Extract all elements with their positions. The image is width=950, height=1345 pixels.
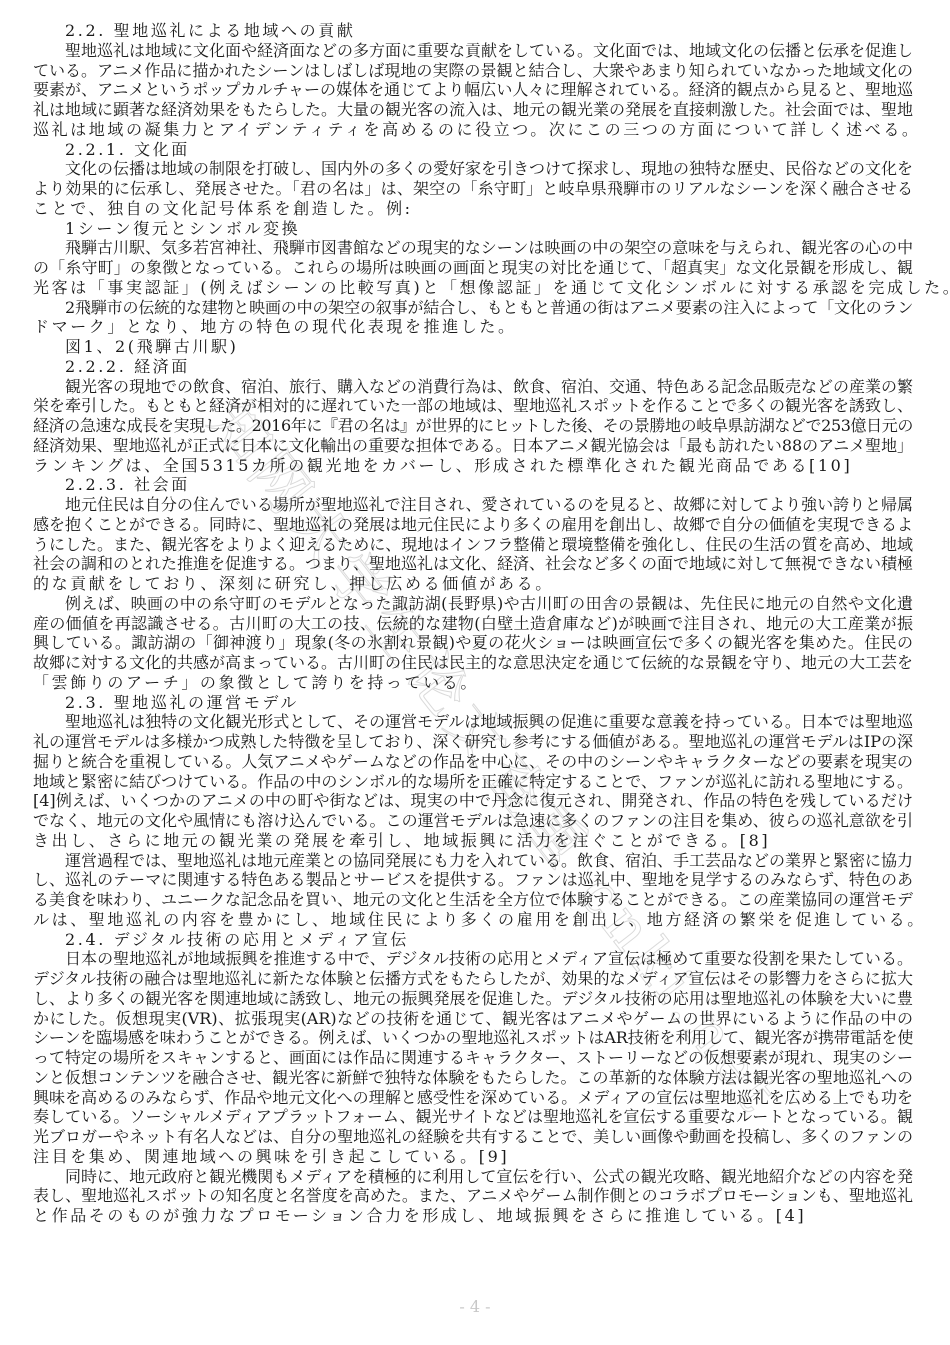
- section-heading: 2.4. デジタル技術の応用とメディア宣伝: [33, 930, 913, 950]
- text-line: 巡礼は地域の凝集力とアイデンティティを高めるのに役立つ。次にこの三つの方面につい…: [33, 120, 913, 140]
- text-line: 聖地巡礼は独特の文化観光形式として、その運営モデルは地域振興の促進に重要な意義を…: [33, 712, 913, 732]
- text-line: 的な貢献をしており、深刻に研究し、押し広める価値がある。: [33, 574, 913, 594]
- text-line: って特定の場所をスキャンすると、画面には作品に関連するキャラクター、ストーリーな…: [33, 1048, 913, 1068]
- text-line: 掘りと統合を重視している。人気アニメやゲームなどの作品を中心に、その中のシーンや…: [33, 752, 913, 772]
- text-line: 経済の急速な成長を実現した。2016年に『君の名は』が世界的にヒットした後、その…: [33, 416, 913, 436]
- heading-text: 2.3. 聖地巡礼の運営モデル: [33, 693, 913, 713]
- text-line: ンと仮想コンテンツを融合させ、観光客に新鮮で独特な体験をもたらした。この革新的な…: [33, 1068, 913, 1088]
- text-line: 運営過程では、聖地巡礼は地元産業との協同発展にも力を入れている。飲食、宿泊、手工…: [33, 851, 913, 871]
- heading-text: 2.2. 聖地巡礼による地域への貢献: [33, 21, 913, 41]
- text-line: 礼は地域に顕著な経済効果をもたらした。大量の観光客の流入は、地元の観光業の発展を…: [33, 100, 913, 120]
- document-body: 2.2. 聖地巡礼による地域への貢献聖地巡礼は地域に文化面や経済面などの多方面に…: [33, 21, 913, 1226]
- paragraph: 例えば、映画の中の糸守町のモデルとなった諏訪湖(長野県)や古川町の田舎の景観は、…: [33, 594, 913, 693]
- text-line: 注目を集め、関連地域への興味を引き起こしている。[9]: [33, 1147, 913, 1167]
- heading-text: 1シーン復元とシンボル変換: [33, 219, 913, 239]
- text-line: 故郷に対する文化的共感が高まっている。古川町の住民は民主的な意思決定を通じて伝統…: [33, 653, 913, 673]
- paragraph: 同時に、地元政府と観光機関もメディアを積極的に利用して宣伝を行い、公式の観光攻略…: [33, 1167, 913, 1226]
- paragraph: 聖地巡礼は独特の文化観光形式として、その運営モデルは地域振興の促進に重要な意義を…: [33, 712, 913, 850]
- heading-text: 2.4. デジタル技術の応用とメディア宣伝: [33, 930, 913, 950]
- paragraph: 地元住民は自分の住んでいる場所が聖地巡礼で注目され、愛されているのを見ると、故郷…: [33, 495, 913, 594]
- text-line: 「雲飾りのアーチ」の象徴として誇りを持っている。: [33, 673, 913, 693]
- text-line: ルは、聖地巡礼の内容を豊かにし、地域住民により多くの雇用を創出し、地方経済の繁栄…: [33, 910, 913, 930]
- text-line: ている。アニメ作品に描かれたシーンはしばしば現地の実際の景観と結合し、大衆やあま…: [33, 61, 913, 81]
- text-line: デジタル技術の融合は聖地巡礼に新たな体験と伝播方式をもたらしたが、効果的なメディ…: [33, 969, 913, 989]
- text-line: うにした。また、観光客をよりよく迎えるために、現地はインフラ整備と環境整備を強化…: [33, 535, 913, 555]
- section-heading: 2.2.2. 経済面: [33, 357, 913, 377]
- text-line: 表し、聖地巡礼スポットの知名度と名誉度を高めた。また、アニメやゲーム制作側とのコ…: [33, 1186, 913, 1206]
- section-heading: 図1、2(飛騨古川駅): [33, 337, 913, 357]
- text-line: 感を抱くことができる。同時に、聖地巡礼の発展は地元住民により多くの雇用を創出し、…: [33, 515, 913, 535]
- section-heading: 1シーン復元とシンボル変換: [33, 219, 913, 239]
- text-line: し、より多くの観光客を関連地域に誘致し、地元の振興発展を促進した。デジタル技術の…: [33, 989, 913, 1009]
- text-line: る美食を味わり、ユニークな記念品を買い、地元の文化と生活を全方位で体験することが…: [33, 890, 913, 910]
- paragraph: 文化の伝播は地域の制限を打破し、国内外の多くの愛好家を引きつけて探求し、現地の独…: [33, 159, 913, 218]
- text-line: 要素が、アニメというポップカルチャーの媒体を通じてより幅広い人々に理解されている…: [33, 80, 913, 100]
- paragraph: 観光客の現地での飲食、宿泊、旅行、購入などの消費行為は、飲食、宿泊、交通、特色あ…: [33, 377, 913, 476]
- text-line: 地域と緊密に結びつけている。作品の中のシンボル的な場所を正確に特定することで、フ…: [33, 772, 913, 792]
- text-line: 光ブロガーやネット有名人などは、自分の聖地巡礼の経験を共有することで、美しい画像…: [33, 1127, 913, 1147]
- paragraph: 2飛騨市の伝統的な建物と映画の中の架空の叙事が結合し、もともと普通の街はアニメ要…: [33, 298, 913, 338]
- text-line: 2飛騨市の伝統的な建物と映画の中の架空の叙事が結合し、もともと普通の街はアニメ要…: [33, 298, 913, 318]
- paragraph: 飛騨古川駅、気多若宮神社、飛騨市図書館などの現実的なシーンは映画の中の架空の意味…: [33, 238, 913, 297]
- text-line: ドマーク」となり、地方の特色の現代化表現を推進した。: [33, 317, 913, 337]
- text-line: 礼の運営モデルは多様かつ成熟した特徴を呈しており、深く研究し参考にする価値がある…: [33, 732, 913, 752]
- text-line: 奏している。ソーシャルメディアプラットフォーム、観光サイトなどは聖地巡礼を宣伝す…: [33, 1107, 913, 1127]
- section-heading: 2.2.3. 社会面: [33, 475, 913, 495]
- text-line: と作品そのものが強力なプロモーション合力を形成し、地域振興をさらに推進している。…: [33, 1206, 913, 1226]
- text-line: シーンを臨場感を味わうことができる。例えば、いくつかの聖地巡礼スポットはAR技術…: [33, 1028, 913, 1048]
- text-line: 興している。諏訪湖の「御神渡り」現象(冬の氷割れ景観)や夏の花火ショーは映画宣伝…: [33, 633, 913, 653]
- text-line: より効果的に伝承し、発展させた。「君の名は」は、架空の「糸守町」と岐阜県飛騨市の…: [33, 179, 913, 199]
- text-line: 興味を高めるのみならず、作品や地元文化への理解と感受性を深めている。メディアの宣…: [33, 1088, 913, 1108]
- text-line: 聖地巡礼は地域に文化面や経済面などの多方面に重要な貢献をしている。文化面では、地…: [33, 41, 913, 61]
- heading-text: 図1、2(飛騨古川駅): [33, 337, 913, 357]
- text-line: 光客は「事実認証」(例えばシーンの比較写真)と「想像認証」を通じて文化シンボルに…: [33, 278, 913, 298]
- heading-text: 2.2.2. 経済面: [33, 357, 913, 377]
- heading-text: 2.2.3. 社会面: [33, 475, 913, 495]
- document-page: 知网大学生论文查重 cnki.net 2.2. 聖地巡礼による地域への貢献聖地巡…: [0, 0, 950, 1345]
- text-line: し、巡礼のテーマに関連する特色ある製品とサービスを提供する。ファンは巡礼中、聖地…: [33, 870, 913, 890]
- paragraph: 運営過程では、聖地巡礼は地元産業との協同発展にも力を入れている。飲食、宿泊、手工…: [33, 851, 913, 930]
- paragraph: 日本の聖地巡礼が地域振興を推進する中で、デジタル技術の応用とメディア宣伝は極めて…: [33, 949, 913, 1166]
- text-line: 産の価値を再認識させる。古川町の大工の技、伝統的な建物(白壁土造倉庫など)が映画…: [33, 614, 913, 634]
- paragraph: 聖地巡礼は地域に文化面や経済面などの多方面に重要な貢献をしている。文化面では、地…: [33, 41, 913, 140]
- heading-text: 2.2.1. 文化面: [33, 140, 913, 160]
- text-line: ランキングは、全国5315カ所の観光地をカバーし、形成された標準化された観光商品…: [33, 456, 913, 476]
- text-line: の「糸守町」の象徴となっている。これらの場所は映画の画面と現実の対比を通じて、「…: [33, 258, 913, 278]
- text-line: き出し、さらに地元の観光業の発展を牽引し、地域振興に活力を注ぐことができる。[8…: [33, 831, 913, 851]
- text-line: 社会の調和のとれた推進を促進する。つまり、聖地巡礼は文化、経済、社会など多くの面…: [33, 554, 913, 574]
- text-line: 文化の伝播は地域の制限を打破し、国内外の多くの愛好家を引きつけて探求し、現地の独…: [33, 159, 913, 179]
- section-heading: 2.3. 聖地巡礼の運営モデル: [33, 693, 913, 713]
- text-line: 経済効果、聖地巡礼が正式に日本に文化輸出の重要な担体である。日本アニメ観光協会は…: [33, 436, 913, 456]
- text-line: 飛騨古川駅、気多若宮神社、飛騨市図書館などの現実的なシーンは映画の中の架空の意味…: [33, 238, 913, 258]
- text-line: ことで、独自の文化記号体系を創造した。例:: [33, 199, 913, 219]
- text-line: 地元住民は自分の住んでいる場所が聖地巡礼で注目され、愛されているのを見ると、故郷…: [33, 495, 913, 515]
- text-line: かにした。仮想現実(VR)、拡張現実(AR)などの技術を通じて、観光客はアニメや…: [33, 1009, 913, 1029]
- text-line: でなく、地元の文化や風情にも溶け込んでいる。この運営モデルは急速に多くのファンの…: [33, 811, 913, 831]
- text-line: [4]例えば、いくつかのアニメの中の町や街などは、現実の中で丹念に復元され、開発…: [33, 791, 913, 811]
- section-heading: 2.2. 聖地巡礼による地域への貢献: [33, 21, 913, 41]
- text-line: 栄を牽引した。もともと経済が相対的に遅れていた一部の地域は、聖地巡礼スポットを作…: [33, 396, 913, 416]
- text-line: 観光客の現地での飲食、宿泊、旅行、購入などの消費行為は、飲食、宿泊、交通、特色あ…: [33, 377, 913, 397]
- page-number: - 4 -: [0, 1297, 950, 1316]
- text-line: 日本の聖地巡礼が地域振興を推進する中で、デジタル技術の応用とメディア宣伝は極めて…: [33, 949, 913, 969]
- text-line: 例えば、映画の中の糸守町のモデルとなった諏訪湖(長野県)や古川町の田舎の景観は、…: [33, 594, 913, 614]
- section-heading: 2.2.1. 文化面: [33, 140, 913, 160]
- text-line: 同時に、地元政府と観光機関もメディアを積極的に利用して宣伝を行い、公式の観光攻略…: [33, 1167, 913, 1187]
